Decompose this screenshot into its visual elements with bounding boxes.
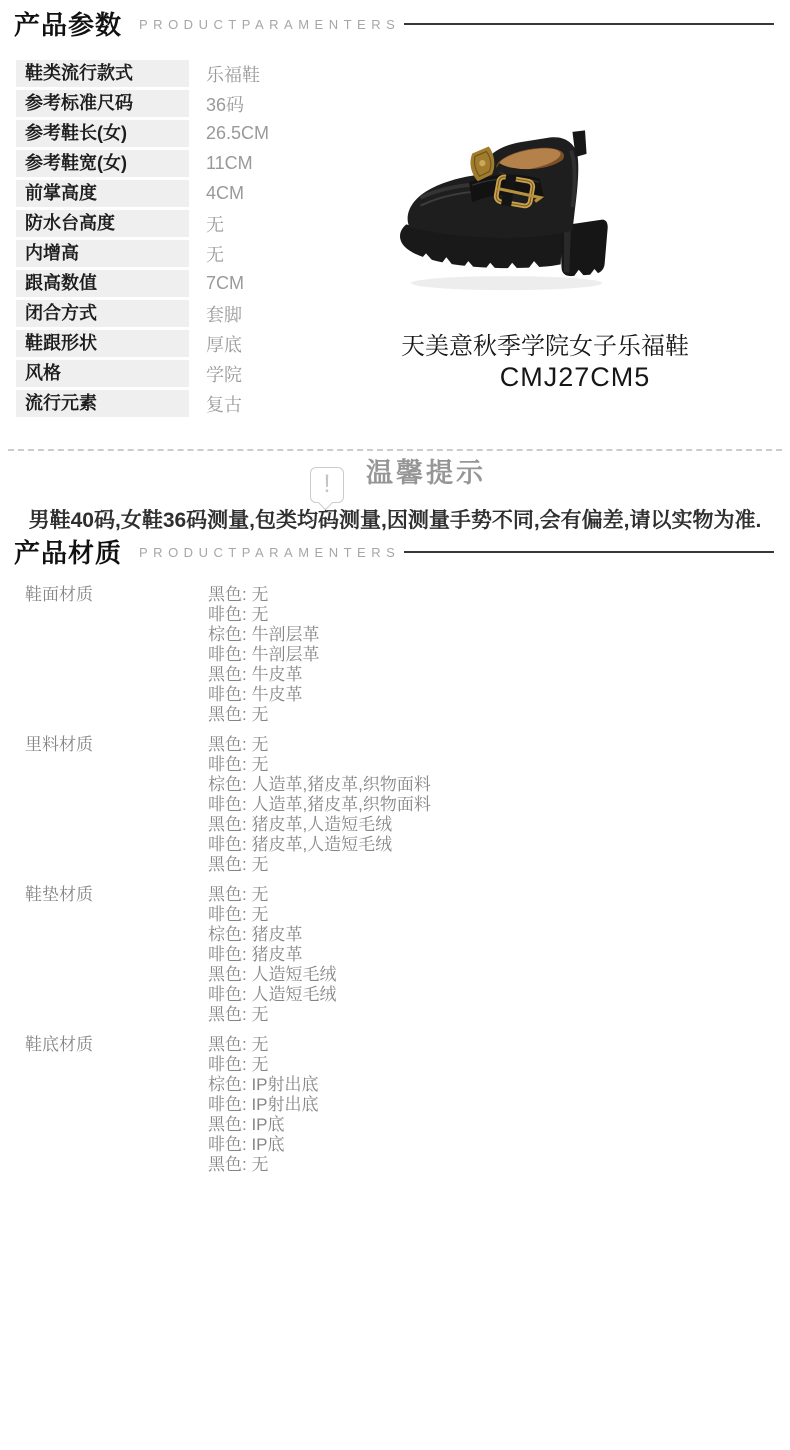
param-value: 无 xyxy=(206,211,224,237)
material-line: 黑色: 无 xyxy=(208,1155,319,1175)
param-value: 7CM xyxy=(206,273,244,294)
material-label: 鞋底材质 xyxy=(25,1035,208,1055)
param-label: 参考标准尺码 xyxy=(16,90,189,117)
exclamation-glyph: ! xyxy=(324,470,331,498)
table-row: 防水台高度无 xyxy=(16,210,386,237)
param-value: 无 xyxy=(206,241,224,267)
material-line: 黑色: 无 xyxy=(208,855,431,875)
param-value: 11CM xyxy=(206,153,253,174)
param-label: 前掌高度 xyxy=(16,180,189,207)
material-section-upper: 鞋面材质 黑色: 无 啡色: 无 棕色: 牛剖层革 啡色: 牛剖层革 黑色: 牛… xyxy=(25,585,770,725)
param-label: 内增高 xyxy=(16,240,189,267)
material-section-insole: 鞋垫材质 黑色: 无 啡色: 无 棕色: 猪皮革 啡色: 猪皮革 黑色: 人造短… xyxy=(25,885,770,1025)
param-header-title: 产品参数 xyxy=(14,5,122,42)
product-model: CMJ27CM5 xyxy=(458,362,692,393)
material-values: 黑色: 无 啡色: 无 棕色: IP射出底 啡色: IP射出底 黑色: IP底 … xyxy=(208,1035,319,1175)
material-line: 啡色: 猪皮革 xyxy=(208,945,336,965)
table-row: 鞋跟形状厚底 xyxy=(16,330,386,357)
material-line: 棕色: IP射出底 xyxy=(208,1075,319,1095)
param-label: 鞋跟形状 xyxy=(16,330,189,357)
material-line: 黑色: 无 xyxy=(208,885,336,905)
material-line: 黑色: IP底 xyxy=(208,1115,319,1135)
param-value: 复古 xyxy=(206,391,242,417)
material-line: 黑色: 无 xyxy=(208,585,319,605)
material-label: 里料材质 xyxy=(25,735,208,755)
param-label: 流行元素 xyxy=(16,390,189,417)
tips-title: 温馨提示 xyxy=(366,451,486,490)
material-line: 黑色: 猪皮革,人造短毛绒 xyxy=(208,815,431,835)
material-line: 啡色: IP底 xyxy=(208,1135,319,1155)
param-value: 套脚 xyxy=(206,301,242,327)
material-values: 黑色: 无 啡色: 无 棕色: 人造革,猪皮革,织物面料 啡色: 人造革,猪皮革… xyxy=(208,735,431,875)
param-value: 厚底 xyxy=(206,331,242,357)
table-row: 前掌高度4CM xyxy=(16,180,386,207)
param-label: 跟高数值 xyxy=(16,270,189,297)
material-line: 啡色: 无 xyxy=(208,1055,319,1075)
param-label: 参考鞋宽(女) xyxy=(16,150,189,177)
material-section-outsole: 鞋底材质 黑色: 无 啡色: 无 棕色: IP射出底 啡色: IP射出底 黑色:… xyxy=(25,1035,770,1175)
material-line: 啡色: 人造革,猪皮革,织物面料 xyxy=(208,795,431,815)
param-value: 4CM xyxy=(206,183,244,204)
material-section-lining: 里料材质 黑色: 无 啡色: 无 棕色: 人造革,猪皮革,织物面料 啡色: 人造… xyxy=(25,735,770,875)
material-label: 鞋面材质 xyxy=(25,585,208,605)
material-header-rule xyxy=(404,551,774,553)
table-row: 流行元素复古 xyxy=(16,390,386,417)
material-line: 啡色: IP射出底 xyxy=(208,1095,319,1115)
material-line: 棕色: 牛剖层革 xyxy=(208,625,319,645)
material-line: 啡色: 牛皮革 xyxy=(208,685,319,705)
material-line: 棕色: 人造革,猪皮革,织物面料 xyxy=(208,775,431,795)
param-value: 乐福鞋 xyxy=(206,61,260,87)
param-label: 鞋类流行款式 xyxy=(16,60,189,87)
material-line: 啡色: 猪皮革,人造短毛绒 xyxy=(208,835,431,855)
product-name: 天美意秋季学院女子乐福鞋 xyxy=(388,326,702,361)
material-values: 黑色: 无 啡色: 无 棕色: 牛剖层革 啡色: 牛剖层革 黑色: 牛皮革 啡色… xyxy=(208,585,319,725)
material-line: 啡色: 人造短毛绒 xyxy=(208,985,336,1005)
material-line: 黑色: 无 xyxy=(208,705,319,725)
table-row: 风格学院 xyxy=(16,360,386,387)
param-label: 参考鞋长(女) xyxy=(16,120,189,147)
param-table: 鞋类流行款式乐福鞋 参考标准尺码36码 参考鞋长(女)26.5CM 参考鞋宽(女… xyxy=(16,60,386,420)
table-row: 闭合方式套脚 xyxy=(16,300,386,327)
material-header-subtitle: PRODUCTPARAMENTERS xyxy=(139,545,400,560)
material-header-title: 产品材质 xyxy=(14,533,122,570)
param-header: 产品参数 PRODUCTPARAMENTERS xyxy=(14,4,774,42)
param-label: 风格 xyxy=(16,360,189,387)
param-value: 36码 xyxy=(206,91,244,117)
material-line: 黑色: 人造短毛绒 xyxy=(208,965,336,985)
material-line: 啡色: 无 xyxy=(208,905,336,925)
table-row: 参考鞋长(女)26.5CM xyxy=(16,120,386,147)
param-label: 防水台高度 xyxy=(16,210,189,237)
product-photo-figure xyxy=(397,108,632,300)
param-header-subtitle: PRODUCTPARAMENTERS xyxy=(139,17,400,32)
material-line: 棕色: 猪皮革 xyxy=(208,925,336,945)
table-row: 内增高无 xyxy=(16,240,386,267)
material-line: 黑色: 无 xyxy=(208,1035,319,1055)
table-row: 鞋类流行款式乐福鞋 xyxy=(16,60,386,87)
material-line: 黑色: 无 xyxy=(208,735,431,755)
table-row: 参考鞋宽(女)11CM xyxy=(16,150,386,177)
page-container: 产品参数 PRODUCTPARAMENTERS 鞋类流行款式乐福鞋 参考标准尺码… xyxy=(0,0,790,1450)
material-line: 啡色: 无 xyxy=(208,755,431,775)
material-list: 鞋面材质 黑色: 无 啡色: 无 棕色: 牛剖层革 啡色: 牛剖层革 黑色: 牛… xyxy=(25,585,770,1185)
table-row: 跟高数值7CM xyxy=(16,270,386,297)
material-line: 啡色: 牛剖层革 xyxy=(208,645,319,665)
param-value: 26.5CM xyxy=(206,123,269,144)
exclamation-bubble-icon: ! xyxy=(310,467,344,503)
material-values: 黑色: 无 啡色: 无 棕色: 猪皮革 啡色: 猪皮革 黑色: 人造短毛绒 啡色… xyxy=(208,885,336,1025)
param-value: 学院 xyxy=(206,361,242,387)
material-line: 黑色: 无 xyxy=(208,1005,336,1025)
param-header-rule xyxy=(404,23,774,25)
material-line: 啡色: 无 xyxy=(208,605,319,625)
table-row: 参考标准尺码36码 xyxy=(16,90,386,117)
material-line: 黑色: 牛皮革 xyxy=(208,665,319,685)
loafer-shoe-image xyxy=(397,108,632,300)
tips-text: 男鞋40码,女鞋36码测量,包类均码测量,因测量手势不同,会有偏差,请以实物为准… xyxy=(0,504,790,534)
material-label: 鞋垫材质 xyxy=(25,885,208,905)
param-label: 闭合方式 xyxy=(16,300,189,327)
material-header: 产品材质 PRODUCTPARAMENTERS xyxy=(14,532,774,570)
